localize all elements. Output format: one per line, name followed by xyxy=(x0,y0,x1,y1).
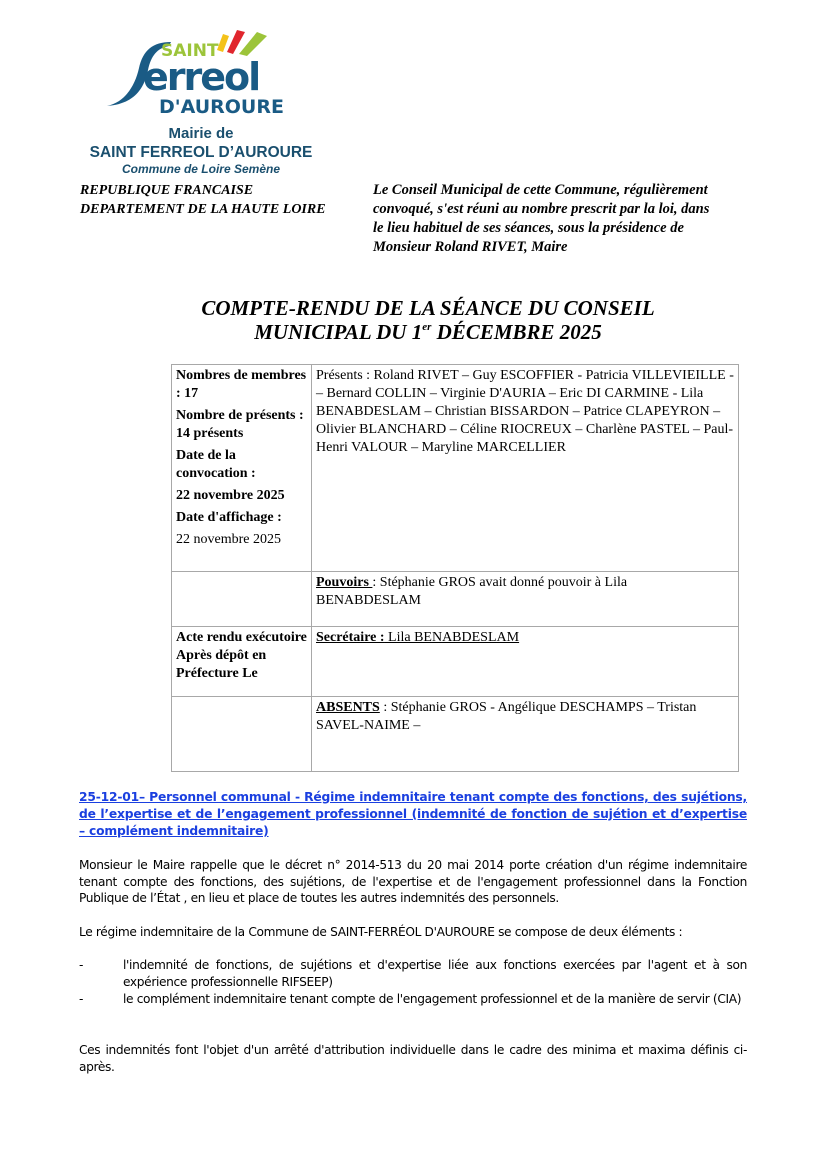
table-row: Pouvoirs : Stéphanie GROS avait donné po… xyxy=(172,572,739,627)
secretaire-name: Lila BENABDESLAM xyxy=(385,630,520,645)
document-title: COMPTE-RENDU DE LA SÉANCE DU CONSEIL MUN… xyxy=(100,296,756,344)
title-line-1: COMPTE-RENDU DE LA SÉANCE DU CONSEIL xyxy=(100,296,756,320)
table-row: Acte rendu exécutoire Après dépôt en Pré… xyxy=(172,627,739,697)
mairie-block: Mairie de SAINT FERREOL D’AUROURE Commun… xyxy=(78,124,324,177)
display-date-label: Date d'affichage : xyxy=(176,509,307,527)
paragraph-attribution: Ces indemnités font l'objet d'un arrêté … xyxy=(79,1042,747,1075)
attendance-table: Nombres de membres : 17 Nombre de présen… xyxy=(171,364,739,772)
table-row: ABSENTS : Stéphanie GROS - Angélique DES… xyxy=(172,697,739,772)
empty-cell xyxy=(172,697,312,772)
svg-text:D'AUROURE: D'AUROURE xyxy=(159,96,284,116)
absents-label: ABSENTS xyxy=(316,700,380,715)
title-line-2: MUNICIPAL DU 1er DÉCEMBRE 2025 xyxy=(100,320,756,344)
presents-cell: Présents : Roland RIVET – Guy ESCOFFIER … xyxy=(312,365,739,572)
mairie-label: Mairie de xyxy=(78,124,324,143)
commune-subtitle: Commune de Loire Semène xyxy=(78,162,324,177)
pouvoirs-cell: Pouvoirs : Stéphanie GROS avait donné po… xyxy=(312,572,739,627)
bullet-dash: - xyxy=(79,991,83,1008)
list-item: - le complément indemnitaire tenant comp… xyxy=(79,991,747,1008)
convocation-date-label: Date de la convocation : xyxy=(176,447,307,483)
table-row: Nombres de membres : 17 Nombre de présen… xyxy=(172,365,739,572)
bullet-dash: - xyxy=(79,957,83,974)
paragraph-decree: Monsieur le Maire rappelle que le décret… xyxy=(79,857,747,907)
council-statement: Le Conseil Municipal de cette Commune, r… xyxy=(373,181,723,257)
meeting-info-cell: Nombres de membres : 17 Nombre de présen… xyxy=(172,365,312,572)
secretaire-label: Secrétaire : xyxy=(316,630,385,645)
bullet-text: l'indemnité de fonctions, de sujétions e… xyxy=(123,957,747,990)
svg-text:erreol: erreol xyxy=(143,55,259,99)
absents-cell: ABSENTS : Stéphanie GROS - Angélique DES… xyxy=(312,697,739,772)
members-count: Nombres de membres : 17 xyxy=(176,367,307,403)
convocation-date: 22 novembre 2025 xyxy=(176,487,307,505)
commune-logo: SAINT erreol D'AUROURE xyxy=(105,26,285,116)
republique-label: REPUBLIQUE FRANCAISE xyxy=(80,181,326,200)
pouvoirs-label: Pouvoirs xyxy=(316,575,372,590)
departement-label: DEPARTEMENT DE LA HAUTE LOIRE xyxy=(80,200,326,219)
secretaire-cell: Secrétaire : Lila BENABDESLAM xyxy=(312,627,739,697)
paragraph-composition: Le régime indemnitaire de la Commune de … xyxy=(79,924,747,941)
deliberation-title[interactable]: 25-12-01– Personnel communal - Régime in… xyxy=(79,789,747,840)
logo-graphic: SAINT erreol D'AUROURE xyxy=(105,26,285,116)
list-item: - l'indemnité de fonctions, de sujétions… xyxy=(79,957,747,990)
empty-cell xyxy=(172,572,312,627)
display-date: 22 novembre 2025 xyxy=(176,531,307,549)
acte-rendu-cell: Acte rendu exécutoire Après dépôt en Pré… xyxy=(172,627,312,697)
commune-name: SAINT FERREOL D’AUROURE xyxy=(78,143,324,162)
present-count: Nombre de présents : 14 présents xyxy=(176,407,307,443)
bullet-text: le complément indemnitaire tenant compte… xyxy=(123,991,747,1008)
header-left: REPUBLIQUE FRANCAISE DEPARTEMENT DE LA H… xyxy=(80,181,326,219)
